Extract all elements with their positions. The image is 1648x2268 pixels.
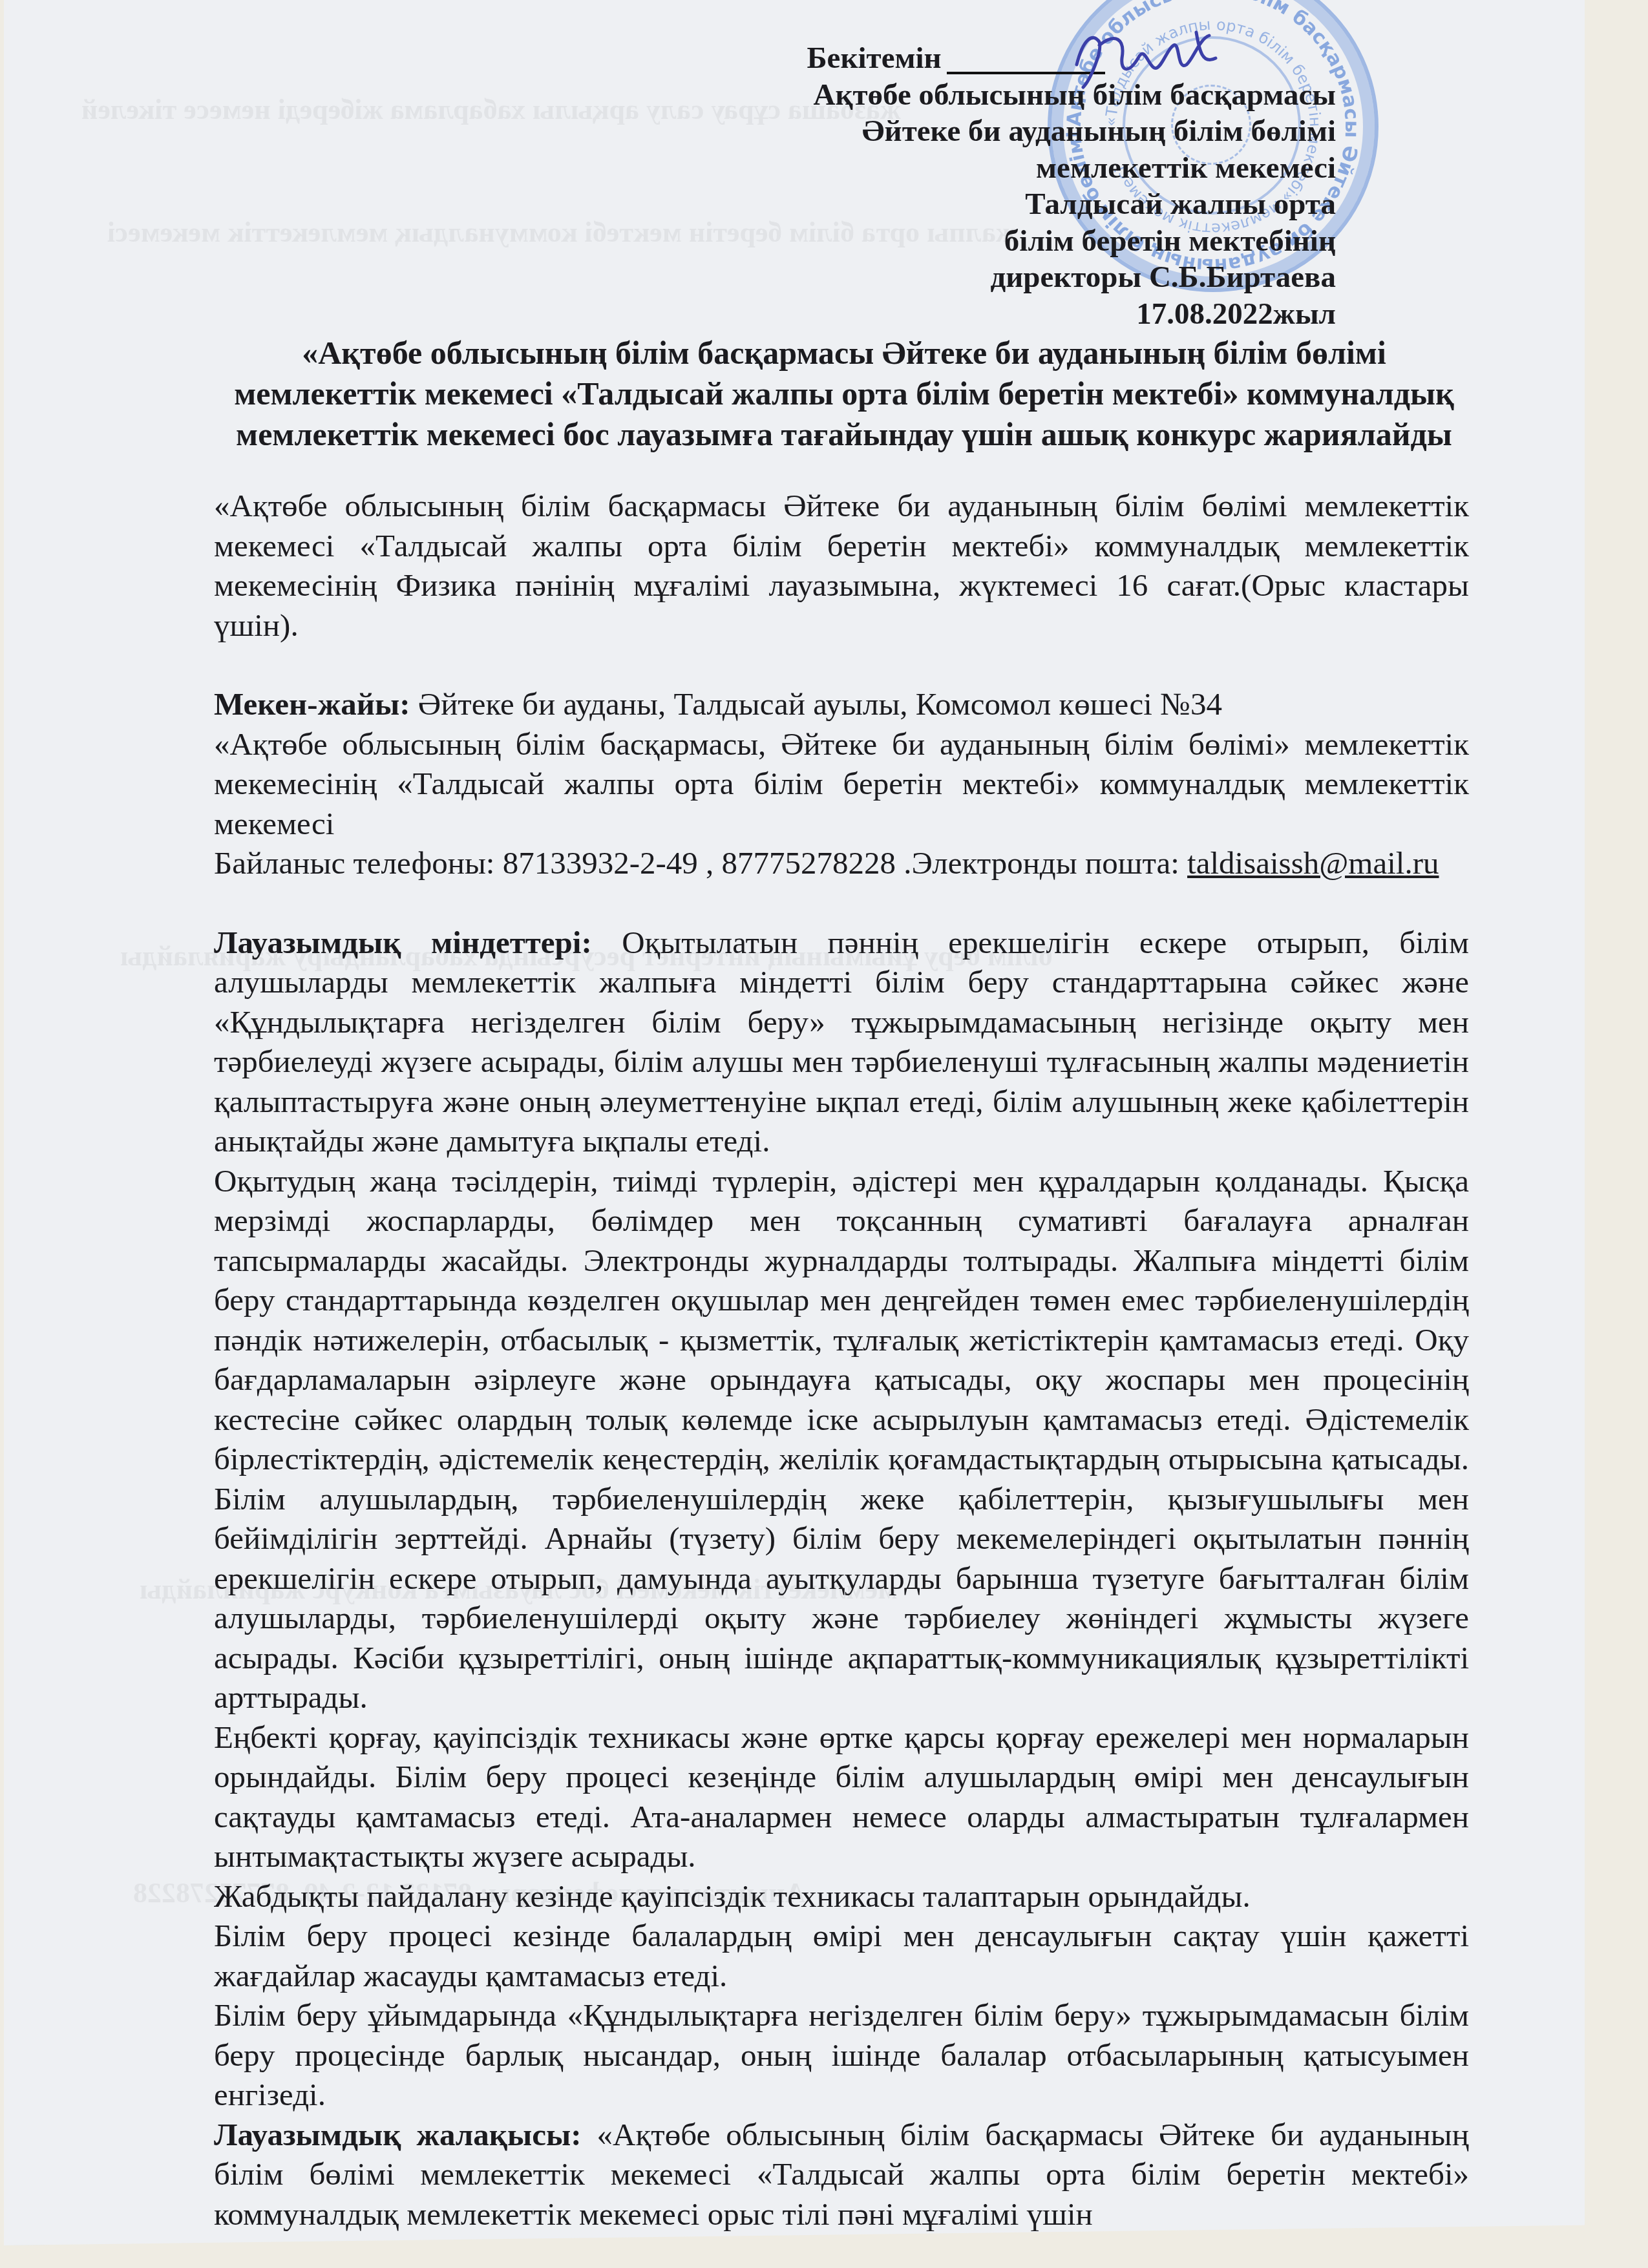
address-paragraph: Мекен-жайы: Әйтеке би ауданы, Талдысай а… — [214, 684, 1469, 724]
title-line: «Ақтөбе облысының білім басқармасы Әйтек… — [198, 333, 1490, 373]
approval-org-line: Әйтеке би ауданының білім бөлімі — [813, 113, 1336, 150]
address-label: Мекен-жайы: — [214, 686, 410, 722]
email-link[interactable]: taldisaissh@mail.ru — [1187, 845, 1439, 881]
duties-paragraph-1: Лауазымдық міндеттері: Оқытылатын пәннің… — [214, 923, 1469, 1161]
contacts-paragraph: Байланыс телефоны: 87133932-2-49 , 87775… — [214, 843, 1469, 883]
duties-paragraph-5: Білім беру процесі кезінде балалардың өм… — [214, 1916, 1469, 1995]
duties-paragraph-3: Еңбекті қорғау, қауіпсіздік техникасы жә… — [214, 1717, 1469, 1876]
approval-org-line: Талдысай жалпы орта — [813, 186, 1336, 223]
approve-label: Бекітемін — [807, 40, 941, 77]
phone-label: Байланыс телефоны: — [214, 845, 503, 881]
announcement-title: «Ақтөбе облысының білім басқармасы Әйтек… — [198, 333, 1490, 455]
email-label: .Электронды пошта: — [896, 845, 1187, 881]
salary-label: Лауазымдық жалақысы: — [214, 2117, 582, 2152]
title-line: мемлекеттік мекемесі бос лауазымға тағай… — [198, 414, 1490, 455]
signature-icon — [1064, 19, 1232, 97]
salary-paragraph: Лауазымдық жалақысы: «Ақтөбе облысының б… — [214, 2115, 1469, 2234]
approval-date: 17.08.2022жыл — [813, 296, 1336, 333]
intro-paragraph: «Ақтөбе облысының білім басқармасы Әйтек… — [214, 486, 1469, 645]
phone-numbers: 87133932-2-49 , 87775278228 — [503, 845, 896, 881]
title-line: мемлекеттік мекемесі «Талдысай жалпы орт… — [198, 373, 1490, 414]
address-value: Әйтеке би ауданы, Талдысай ауылы, Комсом… — [410, 686, 1222, 722]
announcement-body: «Ақтөбе облысының білім басқармасы Әйтек… — [214, 486, 1469, 2234]
duties-paragraph-6: Білім беру ұйымдарында «Құндылықтарға не… — [214, 1995, 1469, 2115]
approval-org-line: мемлекеттік мекемесі — [813, 150, 1336, 187]
bleed-through-decoration: жазбаша сұрау салу арқылы хабарлама жібе… — [81, 90, 901, 129]
spacer — [214, 645, 1469, 684]
duties-paragraph-4: Жабдықты пайдалану кезінде қауіпсіздік т… — [214, 1876, 1469, 1916]
organization-paragraph: «Ақтөбе облысының білім басқармасы, Әйте… — [214, 724, 1469, 844]
approval-org-line: білім беретін мектебінің — [813, 223, 1336, 260]
duties-label: Лауазымдық міндеттері: — [214, 925, 592, 960]
document-page: жазбаша сұрау салу арқылы хабарлама жібе… — [4, 0, 1585, 2245]
duties-paragraph-2: Оқытудың жаңа тәсілдерін, тиімді түрлері… — [214, 1161, 1469, 1717]
spacer — [214, 883, 1469, 923]
approval-director-line: директоры С.Б.Биртаева — [813, 259, 1336, 296]
